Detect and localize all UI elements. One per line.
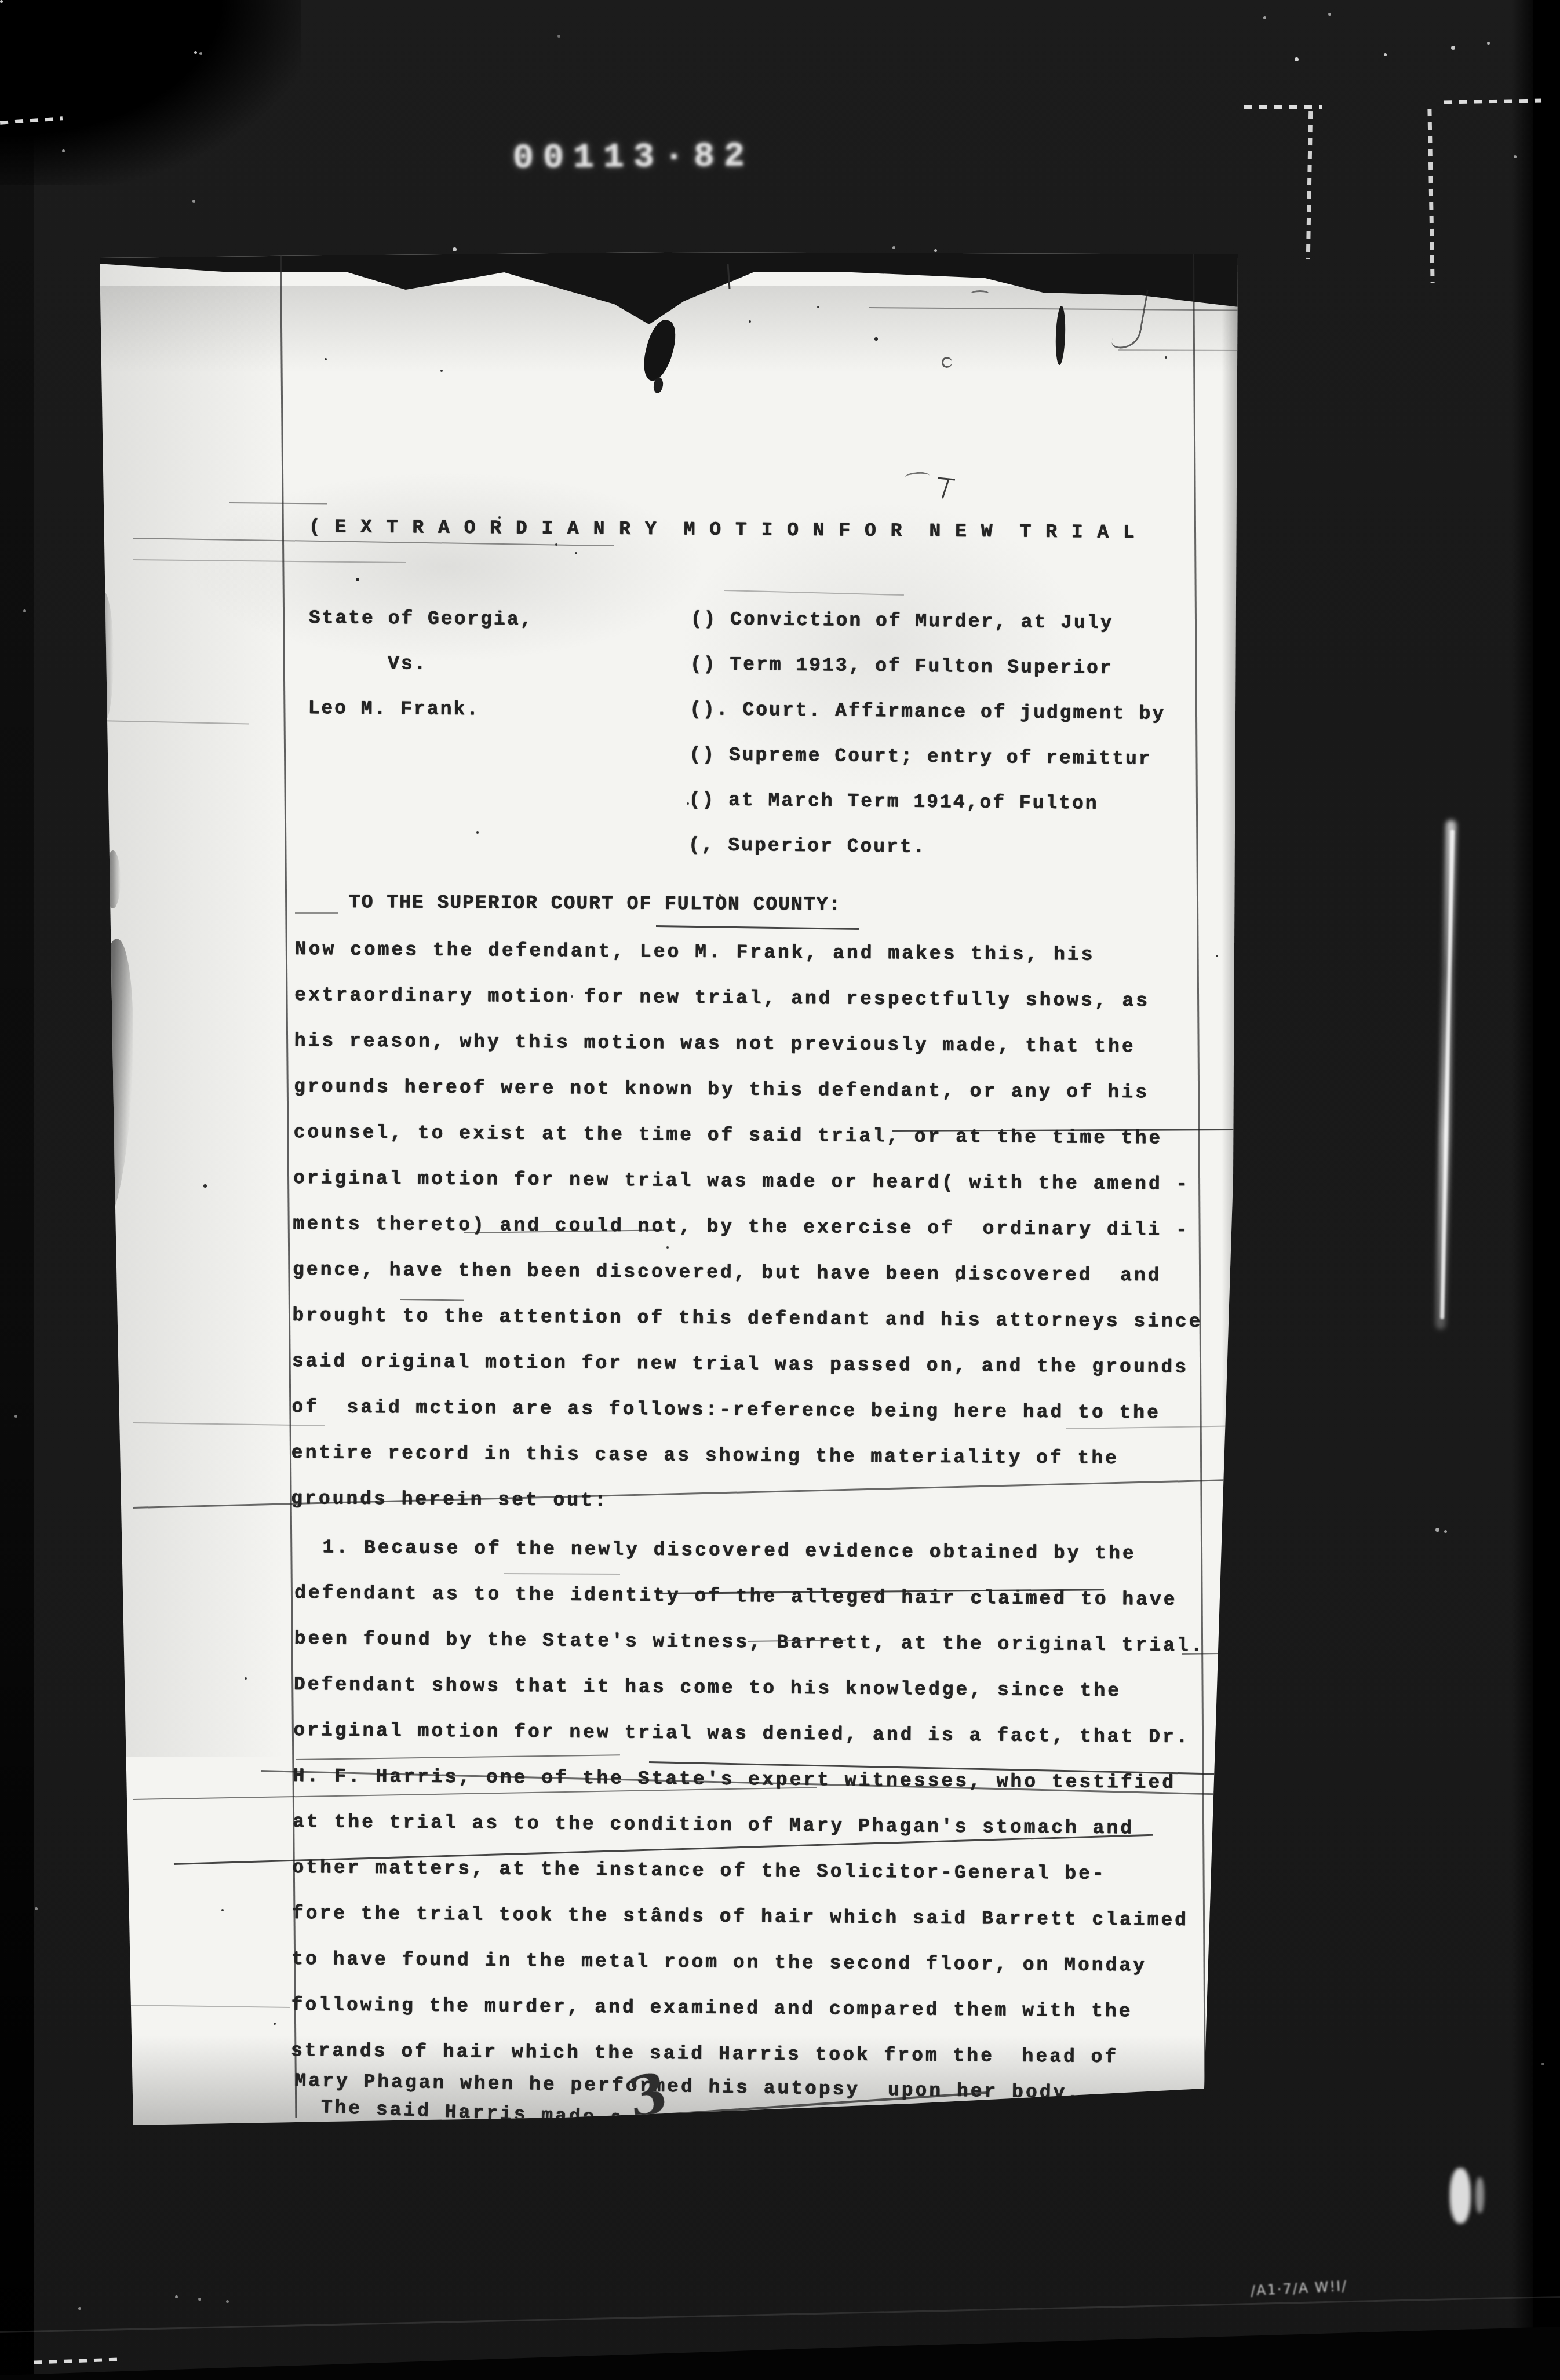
film-edge-sliver [93,591,114,724]
dash-before-salutation [295,912,338,914]
pen-mark [905,472,930,482]
salutation: TO THE SUPERIOR COURT OF FULTON COUNTY: [349,879,842,928]
microfilm-frame: 00113·82 /A1·7/A W!I/ [0,0,1560,2380]
frame-number-stamp: 00113·82 [513,137,755,178]
film-edge-bottom [0,2294,1560,2380]
film-edge-shade-right [1511,0,1535,2380]
x-scratch-mark [1229,1761,1236,1767]
ink-speckles [99,251,101,253]
film-edge-left [0,0,34,2380]
handwritten-seven-mark [938,477,955,480]
sprocket-scratch-dashes [1244,105,1322,109]
paragraph-preamble: Now comes the defendant, Leo M. Frank, a… [291,926,1205,1528]
x-scratch-mark [1229,1761,1236,1767]
scratch-line [122,2005,290,2008]
handwritten-seven-mark [942,479,949,498]
strikeout-hook [1245,1109,1280,1119]
film-corner-shadow [0,0,301,185]
film-edge-right [1533,0,1560,2380]
caption-parties: State of Georgia, Vs. Leo M. Frank. [308,596,533,733]
film-scratch-vertical [1306,111,1313,259]
pen-mark [942,357,952,368]
film-glint-line [0,2296,1560,2333]
film-blotch [1450,2168,1471,2224]
film-dust-speckles [0,0,3,3]
caption-case-notes: () Conviction of Murder, at July () Term… [688,597,1167,873]
film-scratch-vertical [1427,109,1434,283]
margin-scribble: /A1·7/A W!I/ [1250,2278,1348,2299]
pen-mark [971,290,989,297]
document-page: ( E X T R A O R D I A N R Y M O T I O N … [99,251,1239,2128]
film-blotch [1475,2177,1484,2213]
film-edge-sliver [105,850,121,908]
page-edge-shade [1222,251,1239,2128]
paragraph-ground-one: 1. Because of the newly discovered evide… [291,1524,1205,2080]
sprocket-scratch-dashes [34,2357,121,2364]
bottom-diagonal-scratch [243,2147,683,2178]
